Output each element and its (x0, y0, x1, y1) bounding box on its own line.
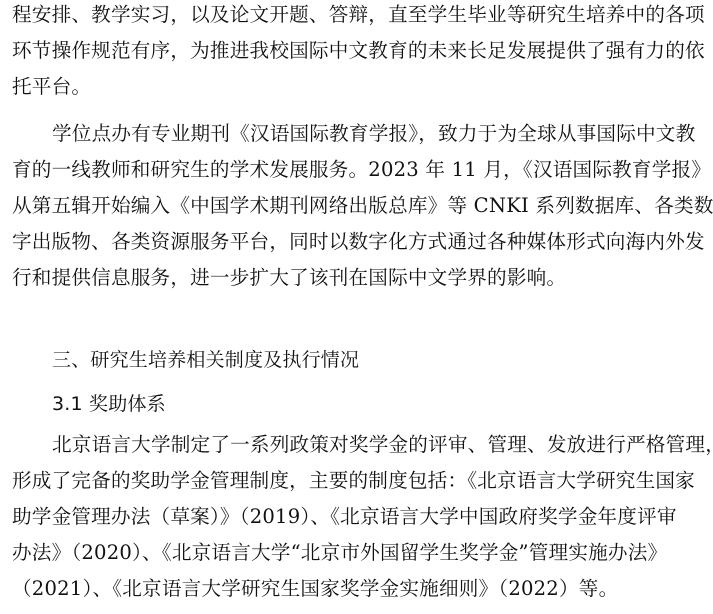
paragraph-line: 行和提供信息服务，进一步扩大了该刊在国际中文学界的影响。 (12, 266, 707, 290)
paragraph-line: 托平台。 (12, 75, 707, 99)
paragraph-line: 育的一线教师和研究生的学术发展服务。2023 年 11 月，《汉语国际教育学报》 (12, 158, 707, 182)
paragraph-line: 形成了完备的奖助学金管理制度，主要的制度包括：《北京语言大学研究生国家 (12, 469, 707, 493)
paragraph-line: 助学金管理办法（草案）》（2019）、《北京语言大学中国政府奖学金年度评审 (12, 505, 707, 529)
subsection-heading: 3.1 奖助体系 (52, 392, 707, 416)
section-heading: 三、研究生培养相关制度及执行情况 (52, 348, 707, 372)
document-page: 程安排、教学实习，以及论文开题、答辩，直至学生毕业等研究生培养中的各项 环节操作… (0, 0, 713, 614)
paragraph-line: 从第五辑开始编入《中国学术期刊网络出版总库》等 CNKI 系列数据库、各类数 (12, 194, 707, 218)
paragraph-line: 学位点办有专业期刊《汉语国际教育学报》，致力于为全球从事国际中文教 (52, 122, 707, 146)
paragraph-line: 北京语言大学制定了一系列政策对奖学金的评审、管理、发放进行严格管理， (52, 433, 707, 457)
paragraph-line: （2021）、《北京语言大学研究生国家奖学金实施细则》（2022）等。 (12, 577, 707, 601)
paragraph-line: 程安排、教学实习，以及论文开题、答辩，直至学生毕业等研究生培养中的各项 (12, 3, 707, 27)
paragraph-line: 办法》（2020）、《北京语言大学“北京市外国留学生奖学金”管理实施办法》 (12, 541, 707, 565)
paragraph-line: 字出版物、各类资源服务平台，同时以数字化方式通过各种媒体形式向海内外发 (12, 230, 707, 254)
paragraph-line: 环节操作规范有序，为推进我校国际中文教育的未来长足发展提供了强有力的依 (12, 39, 707, 63)
